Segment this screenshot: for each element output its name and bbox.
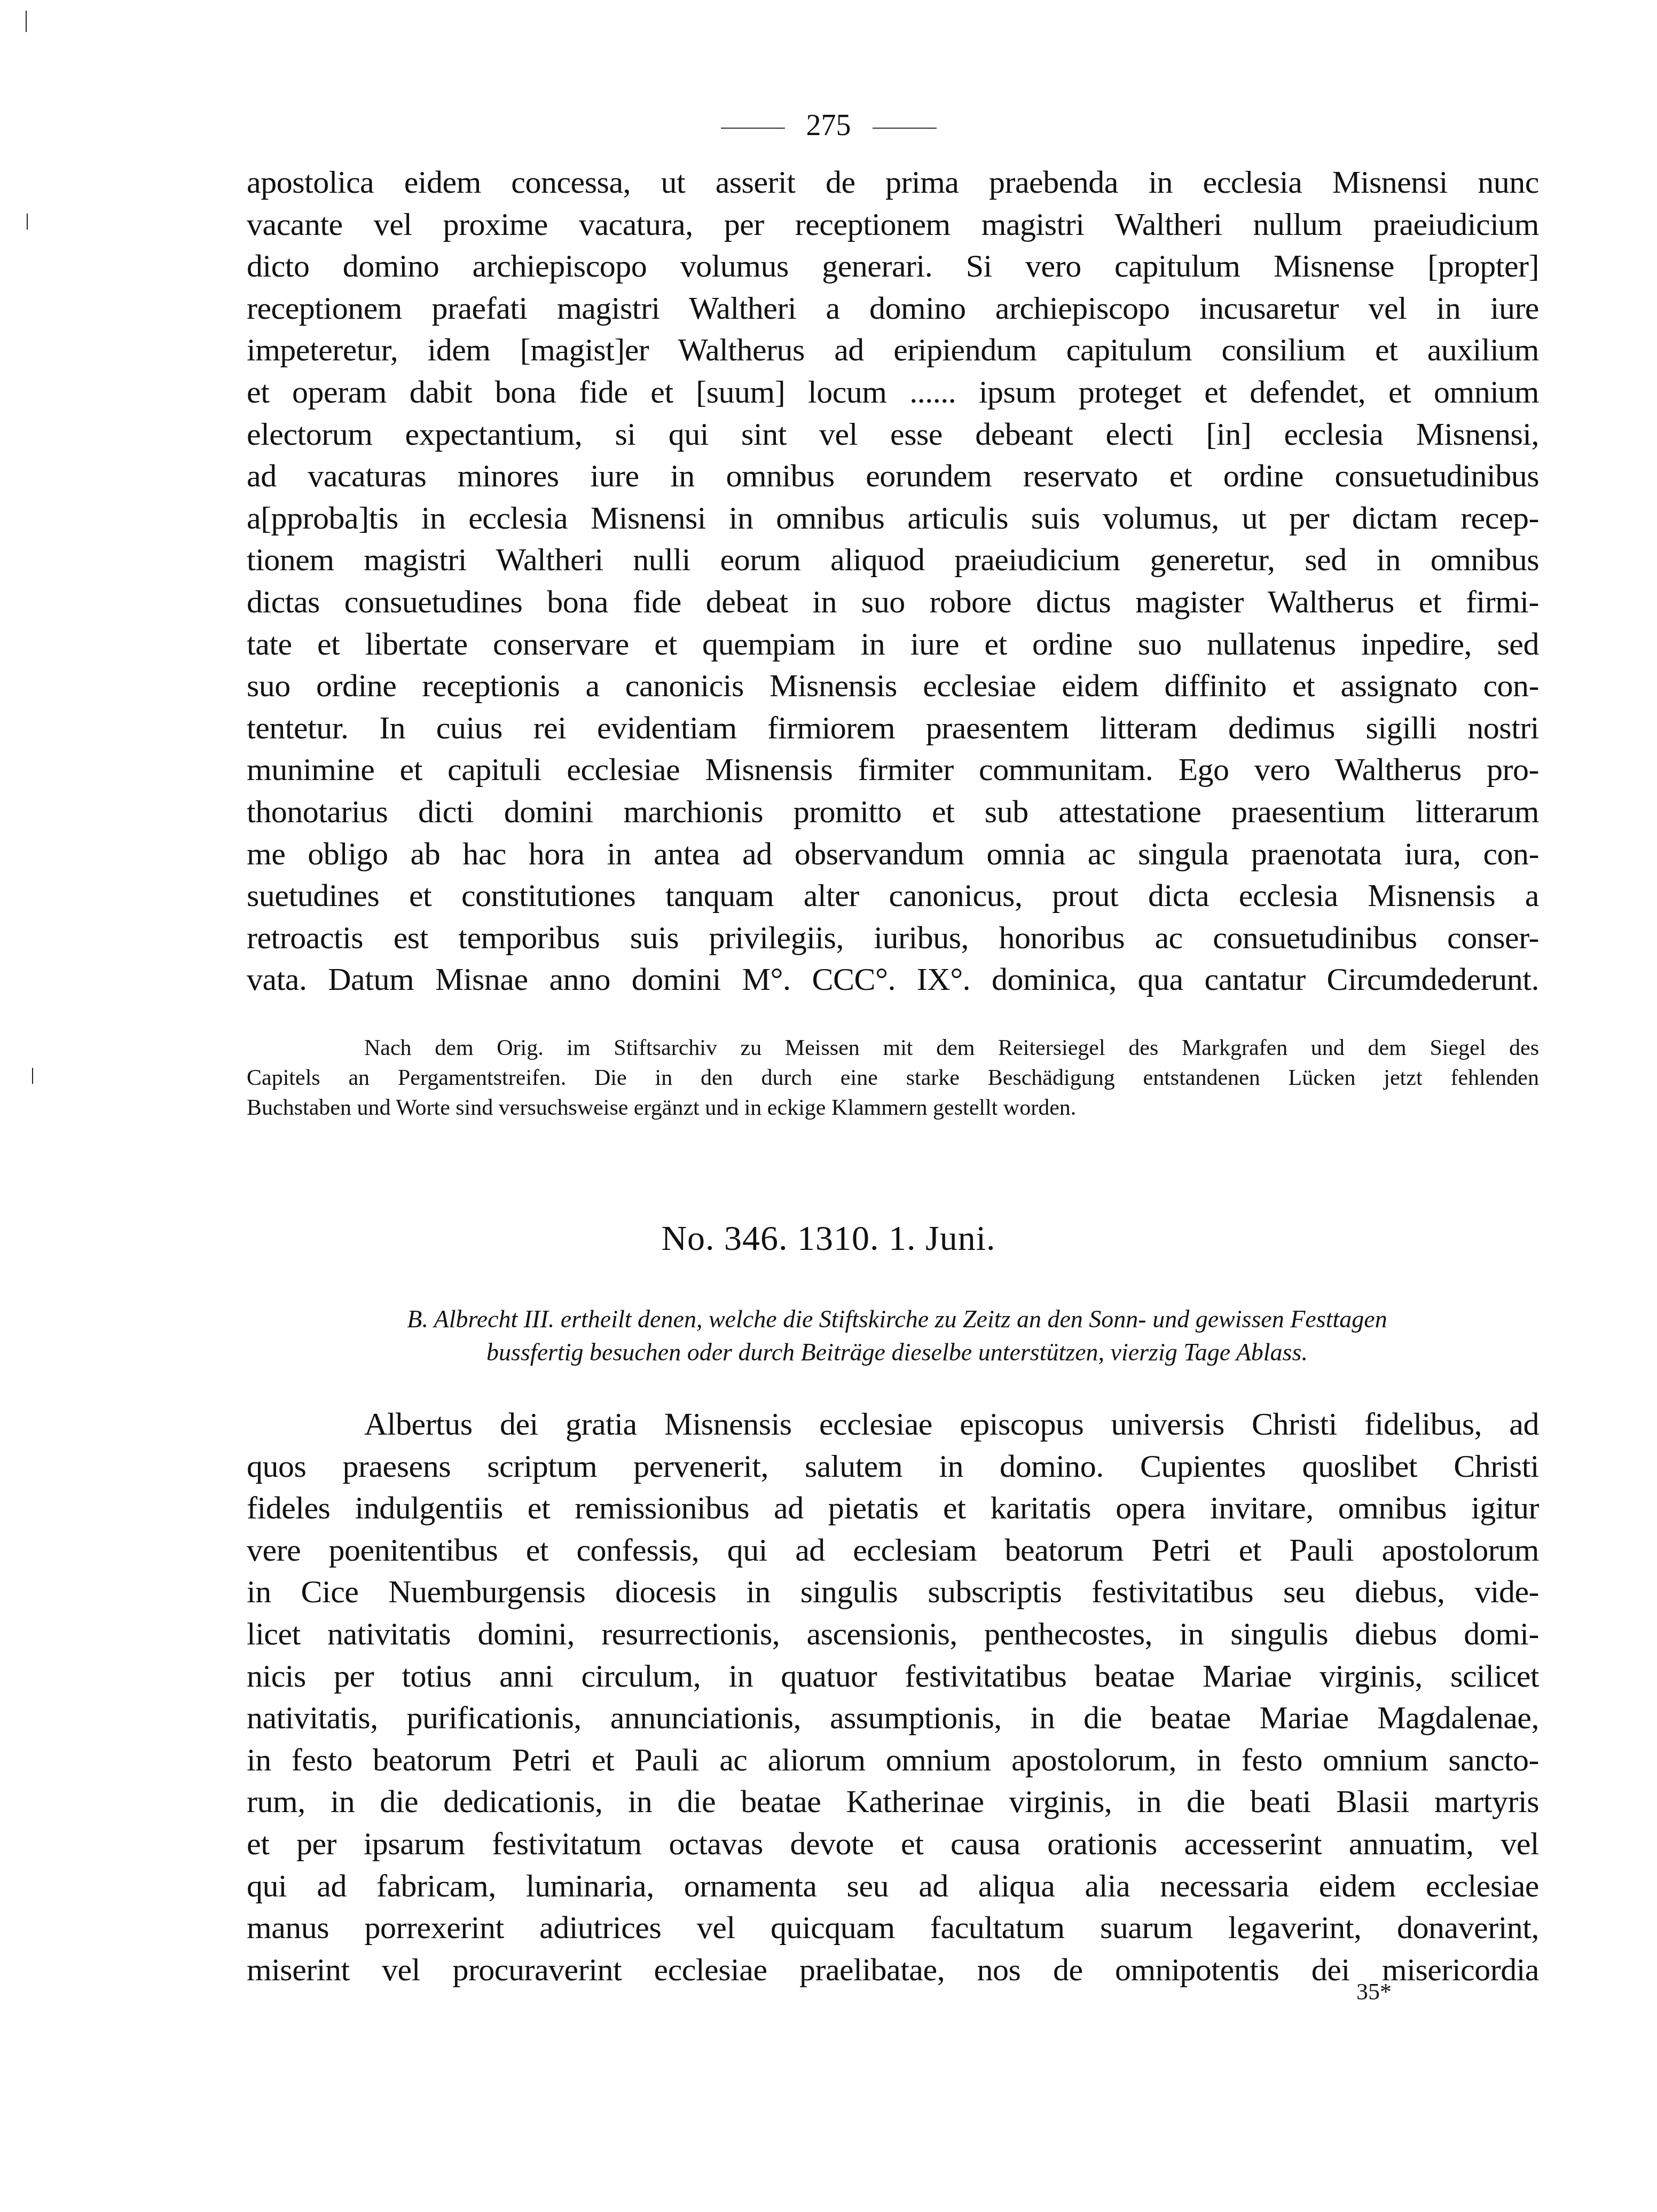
signature-mark: 35* <box>1356 1978 1392 2005</box>
continuation-text: apostolica eidem concessa, ut asserit de… <box>247 161 1539 1001</box>
text-line: et operam dabit bona fide et [suum] locu… <box>247 371 1539 413</box>
text-line: apostolica eidem concessa, ut asserit de… <box>247 161 1539 203</box>
text-line: licet nativitatis domini, resurrectionis… <box>247 1613 1539 1655</box>
header-rule-left <box>721 128 785 129</box>
text-line: me obligo ab hac hora in antea ad observ… <box>247 833 1539 875</box>
text-line: thonotarius dicti domini marchionis prom… <box>247 791 1539 833</box>
document-body: Albertus dei gratia Misnensis ecclesiae … <box>247 1403 1539 1990</box>
text-line: tate et libertate conservare et quempiam… <box>247 623 1539 665</box>
text-line: nativitatis, purificationis, annunciatio… <box>247 1697 1539 1739</box>
text-line: quos praesens scriptum pervenerit, salut… <box>247 1445 1539 1487</box>
scan-artifact <box>27 214 28 230</box>
text-line: retroactis est temporibus suis privilegi… <box>247 917 1539 959</box>
text-line: suetudines et constitutiones tanquam alt… <box>247 875 1539 917</box>
summary-line: B. Albrecht III. ertheilt denen, welche … <box>256 1303 1538 1336</box>
text-line: a[pproba]tis in ecclesia Misnensi in omn… <box>247 497 1539 539</box>
text-line: suo ordine receptionis a canonicis Misne… <box>247 665 1539 707</box>
text-line: miserint vel procuraverint ecclesiae pra… <box>247 1949 1539 1991</box>
text-line: receptionem praefati magistri Waltheri a… <box>247 287 1539 329</box>
text-line: qui ad fabricam, luminaria, ornamenta se… <box>247 1865 1539 1907</box>
text-line: Albertus dei gratia Misnensis ecclesiae … <box>247 1403 1539 1445</box>
document-title: No. 346. 1310. 1. Juni. <box>0 1217 1657 1260</box>
text-line: tionem magistri Waltheri nulli eorum ali… <box>247 539 1539 581</box>
header-rule-right <box>873 128 937 129</box>
text-line: vata. Datum Misnae anno domini M°. CCC°.… <box>247 958 1539 1001</box>
scan-artifact <box>32 1068 33 1084</box>
scan-artifact <box>26 11 27 32</box>
note-line: Nach dem Orig. im Stiftsarchiv zu Meisse… <box>247 1033 1539 1063</box>
source-note: Nach dem Orig. im Stiftsarchiv zu Meisse… <box>247 1033 1539 1123</box>
text-line: ad vacaturas minores iure in omnibus eor… <box>247 455 1539 497</box>
text-line: electorum expectantium, si qui sint vel … <box>247 413 1539 455</box>
document-summary: B. Albrecht III. ertheilt denen, welche … <box>256 1303 1538 1369</box>
text-line: tentetur. In cuius rei evidentiam firmio… <box>247 707 1539 749</box>
text-line: vere poenitentibus et confessis, qui ad … <box>247 1529 1539 1571</box>
text-line: dictas consuetudines bona fide debeat in… <box>247 581 1539 623</box>
page-header: 275 <box>0 107 1657 144</box>
text-line: rum, in die dedicationis, in die beatae … <box>247 1781 1539 1823</box>
note-line: Buchstaben und Worte sind versuchsweise … <box>247 1093 1539 1123</box>
page-number: 275 <box>806 109 851 142</box>
text-line: et per ipsarum festivitatum octavas devo… <box>247 1823 1539 1865</box>
text-line: in festo beatorum Petri et Pauli ac alio… <box>247 1739 1539 1781</box>
text-line: fideles indulgentiis et remissionibus ad… <box>247 1487 1539 1529</box>
text-line: vacante vel proxime vacatura, per recept… <box>247 203 1539 246</box>
note-line: Capitels an Pergamentstreifen. Die in de… <box>247 1063 1539 1093</box>
text-line: dicto domino archiepiscopo volumus gener… <box>247 245 1539 287</box>
text-line: impeteretur, idem [magist]er Waltherus a… <box>247 329 1539 371</box>
text-line: in Cice Nuemburgensis diocesis in singul… <box>247 1571 1539 1613</box>
text-line: nicis per totius anni circulum, in quatu… <box>247 1655 1539 1697</box>
text-line: munimine et capituli ecclesiae Misnensis… <box>247 749 1539 791</box>
summary-line: bussfertig besuchen oder durch Beiträge … <box>256 1336 1538 1369</box>
text-line: manus porrexerint adiutrices vel quicqua… <box>247 1907 1539 1949</box>
